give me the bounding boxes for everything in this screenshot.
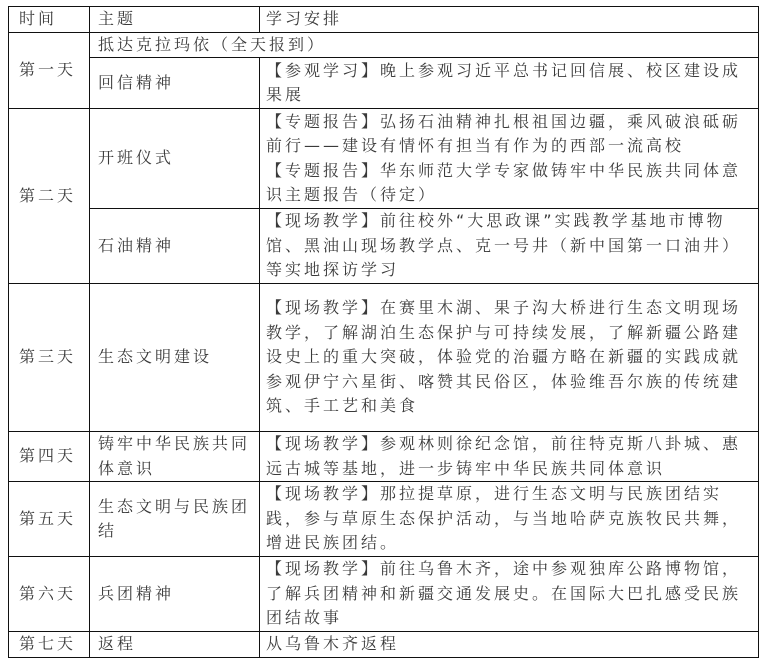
header-row: 时间 主题 学习安排 bbox=[9, 7, 759, 33]
day-cell: 第五天 bbox=[9, 482, 90, 557]
plan-cell: 【参观学习】晚上参观习近平总书记回信展、校区建设成果展 bbox=[260, 58, 759, 109]
plan-line: 【现场教学】那拉提草原，进行生态文明与民族团结实践，参与草原生态保护活动，与当地… bbox=[266, 482, 754, 556]
header-time: 时间 bbox=[9, 7, 90, 33]
arrival-cell: 抵达克拉玛依（全天报到） bbox=[90, 32, 759, 58]
table-row: 第四天 铸牢中华民族共同体意识 【现场教学】参观林则徐纪念馆，前往特克斯八卦城、… bbox=[9, 432, 759, 482]
schedule-table: 时间 主题 学习安排 第一天 抵达克拉玛依（全天报到） 回信精神 【参观学习】晚… bbox=[8, 6, 759, 658]
plan-line: 参观伊宁六星街、喀赞其民俗区，体验维吾尔族的传统建筑、手工艺和美食 bbox=[266, 370, 754, 419]
topic-cell: 兵团精神 bbox=[90, 557, 260, 632]
plan-cell: 【现场教学】前往乌鲁木齐，途中参观独库公路博物馆，了解兵团精神和新疆交通发展史。… bbox=[260, 557, 759, 632]
table-row: 第一天 抵达克拉玛依（全天报到） bbox=[9, 32, 759, 58]
table-row: 第五天 生态文明与民族团结 【现场教学】那拉提草原，进行生态文明与民族团结实践，… bbox=[9, 482, 759, 557]
table-row: 第七天 返程 从乌鲁木齐返程 bbox=[9, 632, 759, 658]
plan-line: 【现场教学】参观林则徐纪念馆，前往特克斯八卦城、惠远古城等基地，进一步铸牢中华民… bbox=[266, 432, 754, 481]
plan-cell: 【现场教学】那拉提草原，进行生态文明与民族团结实践，参与草原生态保护活动，与当地… bbox=[260, 482, 759, 557]
plan-line: 【参观学习】晚上参观习近平总书记回信展、校区建设成果展 bbox=[266, 59, 754, 108]
plan-line: 从乌鲁木齐返程 bbox=[266, 632, 754, 657]
header-plan: 学习安排 bbox=[260, 7, 759, 33]
plan-line: 【专题报告】弘扬石油精神扎根祖国边疆，乘风破浪砥砺前行——建设有情怀有担当有作为… bbox=[266, 110, 754, 159]
day-cell: 第六天 bbox=[9, 557, 90, 632]
plan-cell: 从乌鲁木齐返程 bbox=[260, 632, 759, 658]
day-cell: 第四天 bbox=[9, 432, 90, 482]
topic-cell: 开班仪式 bbox=[90, 109, 260, 209]
plan-cell: 【专题报告】弘扬石油精神扎根祖国边疆，乘风破浪砥砺前行——建设有情怀有担当有作为… bbox=[260, 109, 759, 209]
plan-cell: 【现场教学】前往校外“大思政课”实践教学基地市博物馆、黑油山现场教学点、克一号井… bbox=[260, 209, 759, 284]
plan-cell: 【现场教学】参观林则徐纪念馆，前往特克斯八卦城、惠远古城等基地，进一步铸牢中华民… bbox=[260, 432, 759, 482]
day-cell: 第七天 bbox=[9, 632, 90, 658]
day-cell: 第一天 bbox=[9, 32, 90, 109]
table-row: 第六天 兵团精神 【现场教学】前往乌鲁木齐，途中参观独库公路博物馆，了解兵团精神… bbox=[9, 557, 759, 632]
plan-line: 【现场教学】在赛里木湖、果子沟大桥进行生态文明现场教学，了解湖泊生态保护与可持续… bbox=[266, 296, 754, 370]
topic-cell: 铸牢中华民族共同体意识 bbox=[90, 432, 260, 482]
table-row: 石油精神 【现场教学】前往校外“大思政课”实践教学基地市博物馆、黑油山现场教学点… bbox=[9, 209, 759, 284]
day-cell: 第三天 bbox=[9, 284, 90, 432]
topic-cell: 生态文明与民族团结 bbox=[90, 482, 260, 557]
plan-line: 【现场教学】前往乌鲁木齐，途中参观独库公路博物馆，了解兵团精神和新疆交通发展史。… bbox=[266, 557, 754, 631]
topic-cell: 回信精神 bbox=[90, 58, 260, 109]
plan-line: 【专题报告】华东师范大学专家做铸牢中华民族共同体意识主题报告（待定） bbox=[266, 159, 754, 208]
topic-cell: 返程 bbox=[90, 632, 260, 658]
plan-cell: 【现场教学】在赛里木湖、果子沟大桥进行生态文明现场教学，了解湖泊生态保护与可持续… bbox=[260, 284, 759, 432]
table-row: 回信精神 【参观学习】晚上参观习近平总书记回信展、校区建设成果展 bbox=[9, 58, 759, 109]
plan-line: 【现场教学】前往校外“大思政课”实践教学基地市博物馆、黑油山现场教学点、克一号井… bbox=[266, 209, 754, 283]
day-cell: 第二天 bbox=[9, 109, 90, 284]
header-topic: 主题 bbox=[90, 7, 260, 33]
topic-cell: 生态文明建设 bbox=[90, 284, 260, 432]
topic-cell: 石油精神 bbox=[90, 209, 260, 284]
table-row: 第二天 开班仪式 【专题报告】弘扬石油精神扎根祖国边疆，乘风破浪砥砺前行——建设… bbox=[9, 109, 759, 209]
table-row: 第三天 生态文明建设 【现场教学】在赛里木湖、果子沟大桥进行生态文明现场教学，了… bbox=[9, 284, 759, 432]
